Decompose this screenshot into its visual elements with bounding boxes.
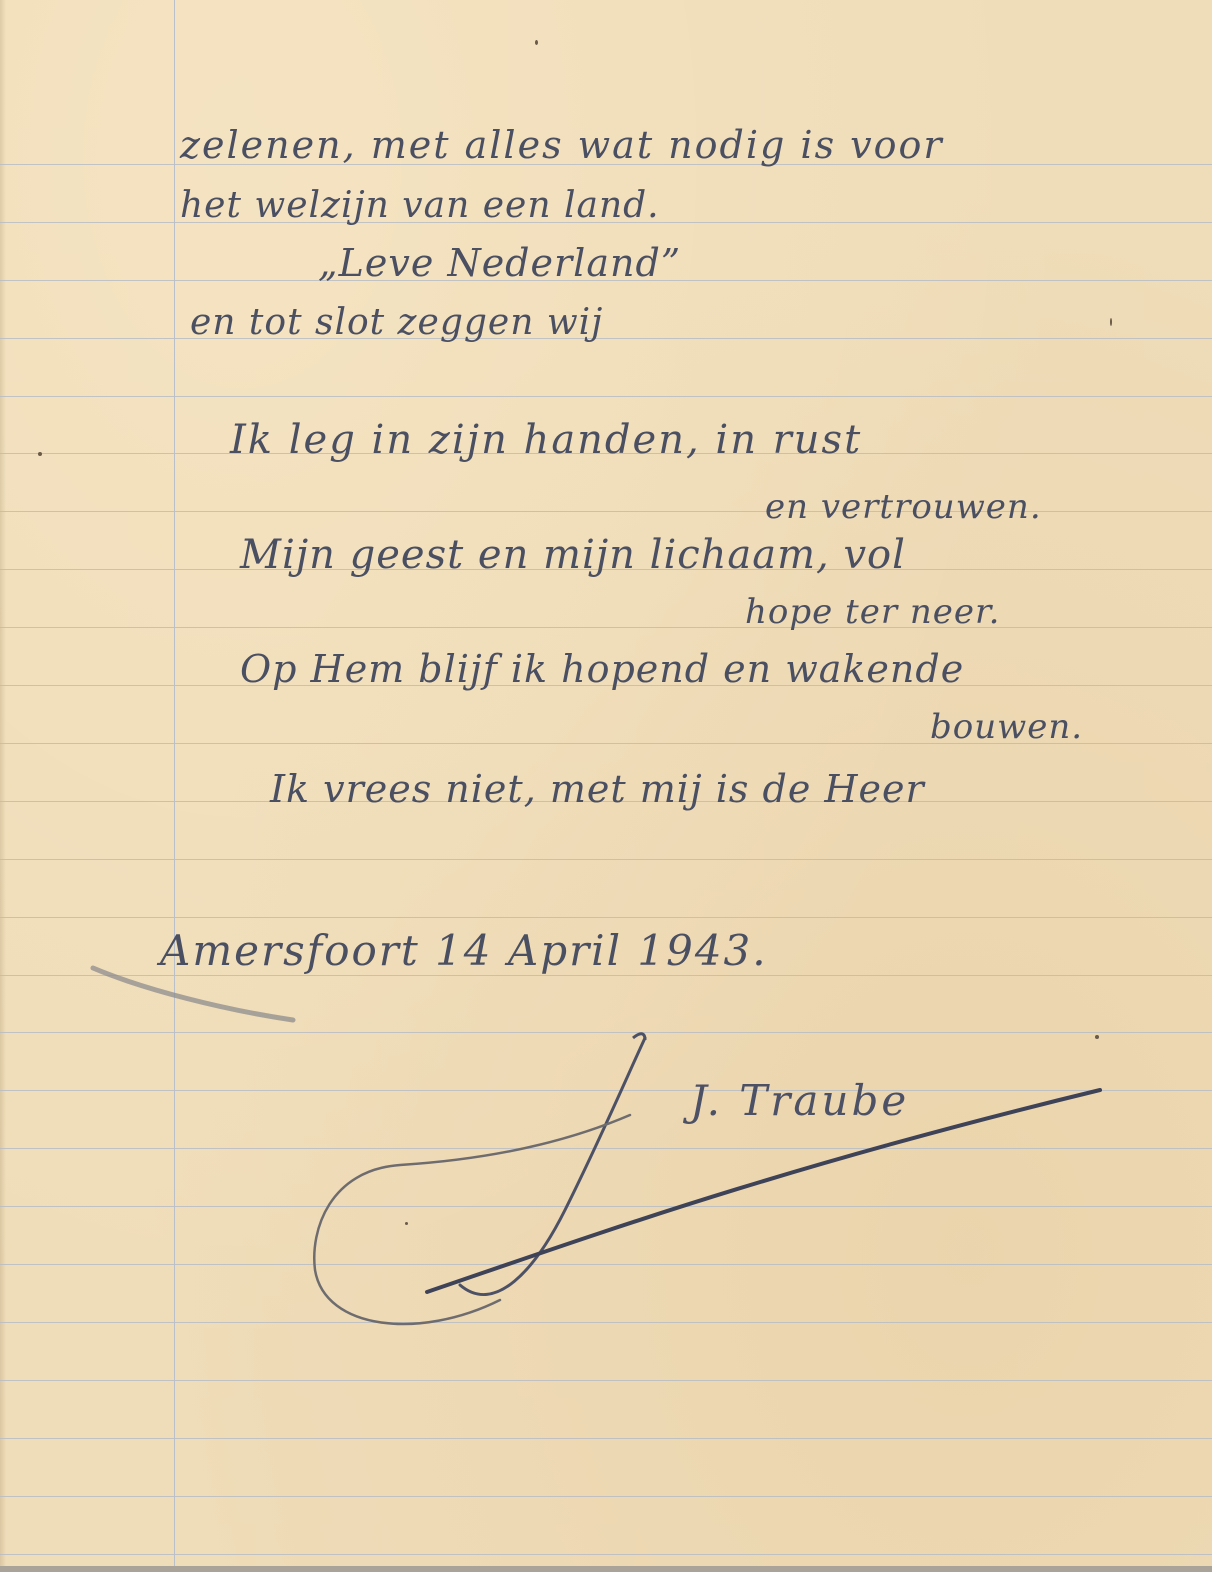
verse-line-1: Ik leg in zijn handen, in rust xyxy=(230,420,862,460)
paper-speck xyxy=(1110,318,1112,326)
ruled-line xyxy=(0,1438,1212,1439)
ruled-line xyxy=(0,1554,1212,1555)
pencil-mark xyxy=(85,960,305,1030)
signature-flourish xyxy=(300,1030,1120,1350)
verse-line-3-continuation: bouwen. xyxy=(930,710,1083,744)
verse-line-3: Op Hem blijf ik hopend en wakende xyxy=(240,650,964,688)
ruled-line xyxy=(0,627,1212,628)
paper-speck xyxy=(38,452,42,456)
paper-edge-shadow xyxy=(0,0,6,1566)
paper-speck xyxy=(1095,1035,1099,1039)
ruled-line xyxy=(0,338,1212,339)
verse-line-4: Ik vrees niet, met mij is de Heer xyxy=(270,770,925,808)
ruled-line xyxy=(0,917,1212,918)
paper-speck xyxy=(405,1222,408,1225)
letter-line-2: het welzijn van een land. xyxy=(180,188,660,224)
ruled-line xyxy=(0,1380,1212,1381)
letter-line-4: en tot slot zeggen wij xyxy=(190,305,603,341)
scan-bottom-edge xyxy=(0,1566,1212,1572)
verse-line-1-continuation: en vertrouwen. xyxy=(765,490,1042,524)
ruled-line xyxy=(0,1496,1212,1497)
margin-line xyxy=(174,0,175,1566)
letter-line-3: „Leve Nederland” xyxy=(318,244,681,282)
ruled-line xyxy=(0,859,1212,860)
verse-line-2: Mijn geest en mijn lichaam, vol xyxy=(240,535,906,575)
paper-speck xyxy=(535,40,538,45)
verse-line-2-continuation: hope ter neer. xyxy=(745,595,1000,629)
letter-line-1: zelenen, met alles wat nodig is voor xyxy=(180,126,944,164)
ruled-line xyxy=(0,396,1212,397)
